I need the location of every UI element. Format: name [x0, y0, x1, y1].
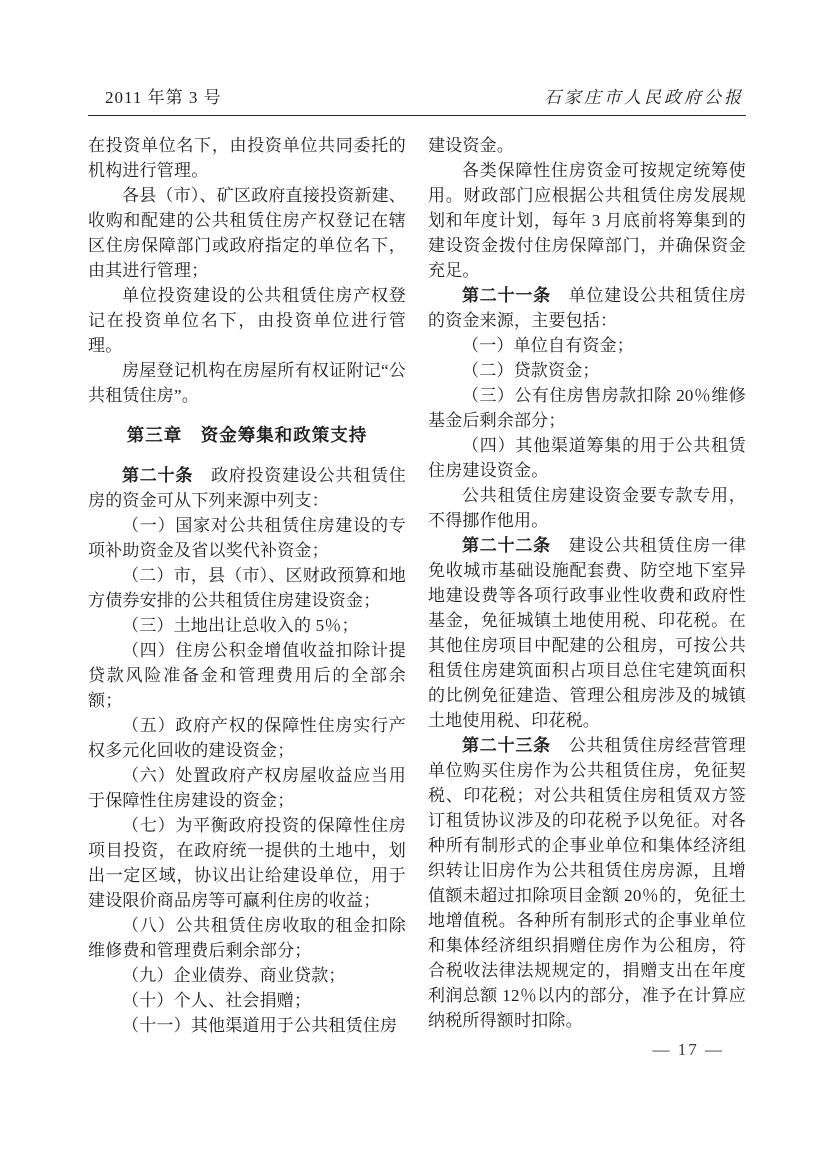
paragraph: 房屋登记机构在房屋所有权证附记“公共租赁住房”。 [88, 358, 406, 408]
article-number: 第二十一条 [462, 286, 551, 305]
paragraph: （一）国家对公共租赁住房建设的专项补助资金及省以奖代补资金； [88, 513, 406, 563]
paragraph: 第二十三条 公共租赁住房经营管理单位购买住房作为公共租赁住房，免征契税、印花税；… [428, 733, 746, 1033]
paragraph: （十）个人、社会捐赠； [88, 988, 406, 1013]
paragraph: （三）土地出让总收入的 5％； [88, 613, 406, 638]
article-number: 第二十二条 [462, 536, 551, 555]
paragraph: 在投资单位名下，由投资单位共同委托的机构进行管理。 [88, 133, 406, 183]
paragraph: 建设资金。 [428, 133, 746, 158]
column-right: 建设资金。各类保障性住房资金可按规定统筹使用。财政部门应根据公共租赁住房发展规划… [428, 133, 746, 1038]
paragraph: （六）处置政府产权房屋收益应当用于保障性住房建设的资金； [88, 763, 406, 813]
chapter-heading: 第三章 资金筹集和政策支持 [88, 423, 406, 448]
paragraph: 第二十二条 建设公共租赁住房一律免收城市基础设施配套费、防空地下室异地建设费等各… [428, 533, 746, 733]
gazette-page: 2011 年第 3 号 石家庄市人民政府公报 在投资单位名下，由投资单位共同委托… [0, 0, 826, 1169]
paragraph: 公共租赁住房建设资金要专款专用，不得挪作他用。 [428, 483, 746, 533]
paragraph: 单位投资建设的公共租赁住房产权登记在投资单位名下，由投资单位进行管理。 [88, 283, 406, 358]
paragraph: （一）单位自有资金； [428, 333, 746, 358]
page-header: 2011 年第 3 号 石家庄市人民政府公报 [88, 88, 746, 116]
article-number: 第二十条 [122, 466, 193, 485]
paragraph: 各类保障性住房资金可按规定统筹使用。财政部门应根据公共租赁住房发展规划和年度计划… [428, 158, 746, 283]
paragraph: 各县（市）、矿区政府直接投资新建、收购和配建的公共租赁住房产权登记在辖区住房保障… [88, 183, 406, 283]
paragraph: （二）贷款资金； [428, 358, 746, 383]
paragraph: （四）住房公积金增值收益扣除计提贷款风险准备金和管理费用后的全部余额； [88, 638, 406, 713]
issue-number: 2011 年第 3 号 [88, 88, 222, 108]
gazette-title: 石家庄市人民政府公报 [544, 88, 746, 108]
page-number: — 17 — [653, 1040, 725, 1060]
paragraph: （三）公有住房售房款扣除 20％维修基金后剩余部分； [428, 383, 746, 433]
paragraph: （十一）其他渠道用于公共租赁住房 [88, 1013, 406, 1038]
article-number: 第二十三条 [462, 736, 551, 755]
document-body: 在投资单位名下，由投资单位共同委托的机构进行管理。各县（市）、矿区政府直接投资新… [88, 133, 746, 1038]
paragraph: （八）公共租赁住房收取的租金扣除维修费和管理费后剩余部分； [88, 913, 406, 963]
paragraph: 第二十一条 单位建设公共租赁住房的资金来源，主要包括： [428, 283, 746, 333]
paragraph: 第二十条 政府投资建设公共租赁住房的资金可从下列来源中列支： [88, 463, 406, 513]
paragraph: （七）为平衡政府投资的保障性住房项目投资，在政府统一提供的土地中，划出一定区域，… [88, 813, 406, 913]
column-left: 在投资单位名下，由投资单位共同委托的机构进行管理。各县（市）、矿区政府直接投资新… [88, 133, 406, 1038]
paragraph: （四）其他渠道筹集的用于公共租赁住房建设资金。 [428, 433, 746, 483]
paragraph: （二）市，县（市）、区财政预算和地方债券安排的公共租赁住房建设资金； [88, 563, 406, 613]
paragraph: （五）政府产权的保障性住房实行产权多元化回收的建设资金； [88, 713, 406, 763]
paragraph: （九）企业债券、商业贷款； [88, 963, 406, 988]
